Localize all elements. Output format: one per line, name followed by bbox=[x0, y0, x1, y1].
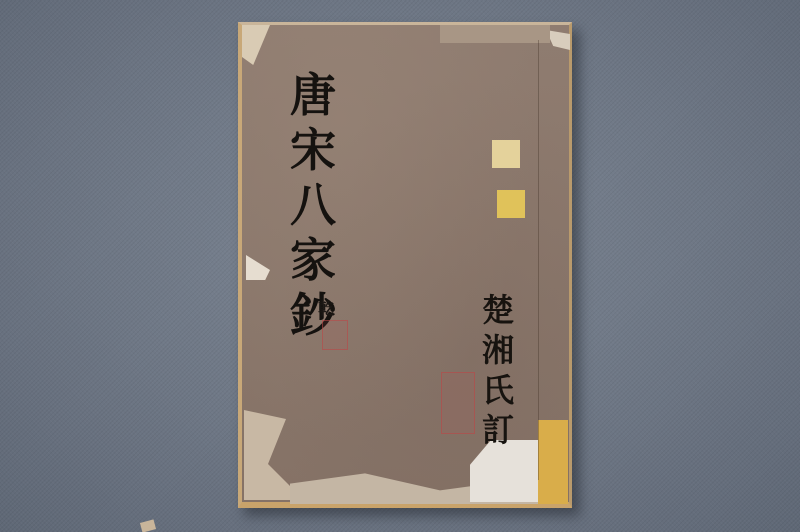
title-char: 唐 bbox=[283, 68, 343, 123]
yellow-lining-lower-right bbox=[538, 420, 568, 504]
title-char: 八 bbox=[283, 178, 343, 233]
editor-char: 訂 bbox=[476, 410, 520, 450]
editor-char: 湘 bbox=[476, 330, 520, 370]
paper-fragment bbox=[140, 519, 156, 532]
yellow-patch-1 bbox=[492, 140, 520, 168]
editor-char: 楚 bbox=[476, 290, 520, 330]
title-char: 家 bbox=[283, 233, 343, 288]
seal-editor bbox=[441, 372, 475, 434]
title-char: 宋 bbox=[283, 123, 343, 178]
binding-fold bbox=[538, 40, 539, 480]
volume-mark: 乾 bbox=[318, 296, 334, 319]
editor-char: 氏 bbox=[476, 370, 520, 410]
seal-volume bbox=[322, 320, 348, 350]
editor-inscription: 楚 湘 氏 訂 bbox=[476, 290, 520, 450]
torn-top-edge bbox=[440, 25, 550, 43]
yellow-patch-2 bbox=[497, 190, 525, 218]
